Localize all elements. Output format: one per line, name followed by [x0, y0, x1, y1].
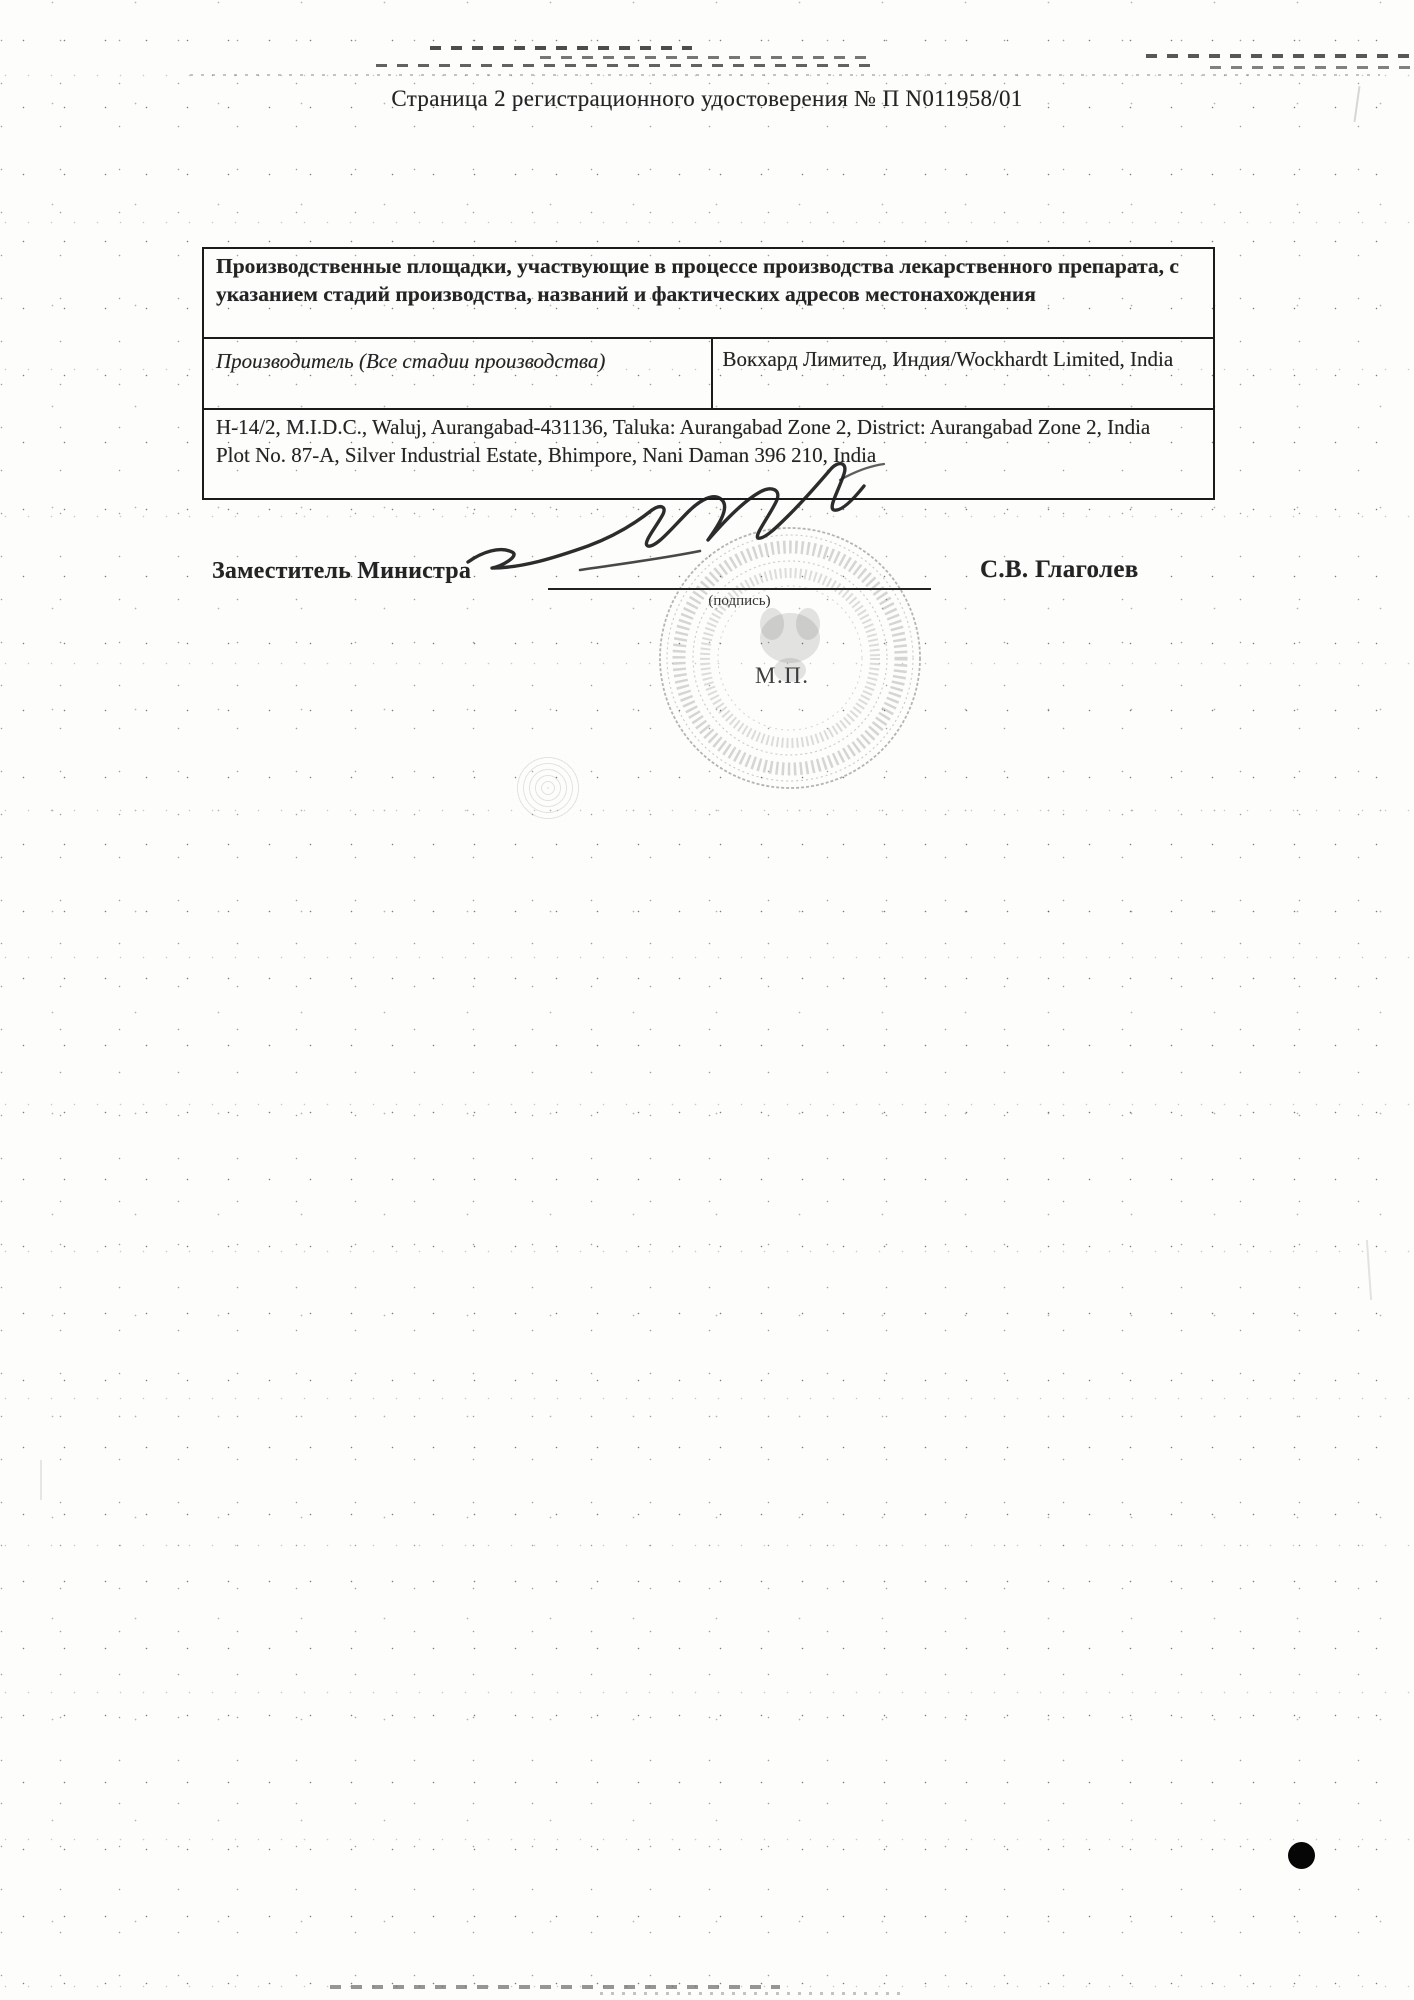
scan-smudge-swirl [512, 752, 584, 824]
scan-artifact-dashes [376, 64, 876, 67]
scan-artifact-dashes [430, 46, 692, 50]
scan-artifact-dashes [1210, 66, 1410, 69]
address-line: H-14/2, M.I.D.C., Waluj, Aurangabad-4311… [216, 414, 1201, 442]
producer-row: Производитель (Все стадии производства) … [204, 337, 1213, 408]
signature-scribble [430, 450, 920, 590]
scan-artifact-dashes [1146, 54, 1410, 58]
scanned-certificate-page: { "document": { "page_header": "Страница… [0, 0, 1414, 2000]
scan-artifact-dashes [540, 56, 870, 59]
producer-label-cell: Производитель (Все стадии производства) [204, 339, 713, 408]
signer-name: С.В. Глаголев [980, 556, 1139, 584]
scan-artifact-dashes [330, 1985, 780, 1989]
producer-value-cell: Вокхард Лимитед, Индия/Wockhardt Limited… [713, 339, 1213, 408]
scan-artifact-dotted-line [600, 1992, 900, 1995]
scan-edge-mark [40, 1460, 42, 1500]
scan-edge-mark [1366, 1240, 1372, 1300]
punch-hole-dot [1288, 1842, 1315, 1869]
scan-artifact-dotted-line [190, 74, 1380, 76]
table-header-cell: Производственные площадки, участвующие в… [204, 249, 1213, 337]
page-title: Страница 2 регистрационного удостоверени… [0, 86, 1414, 112]
